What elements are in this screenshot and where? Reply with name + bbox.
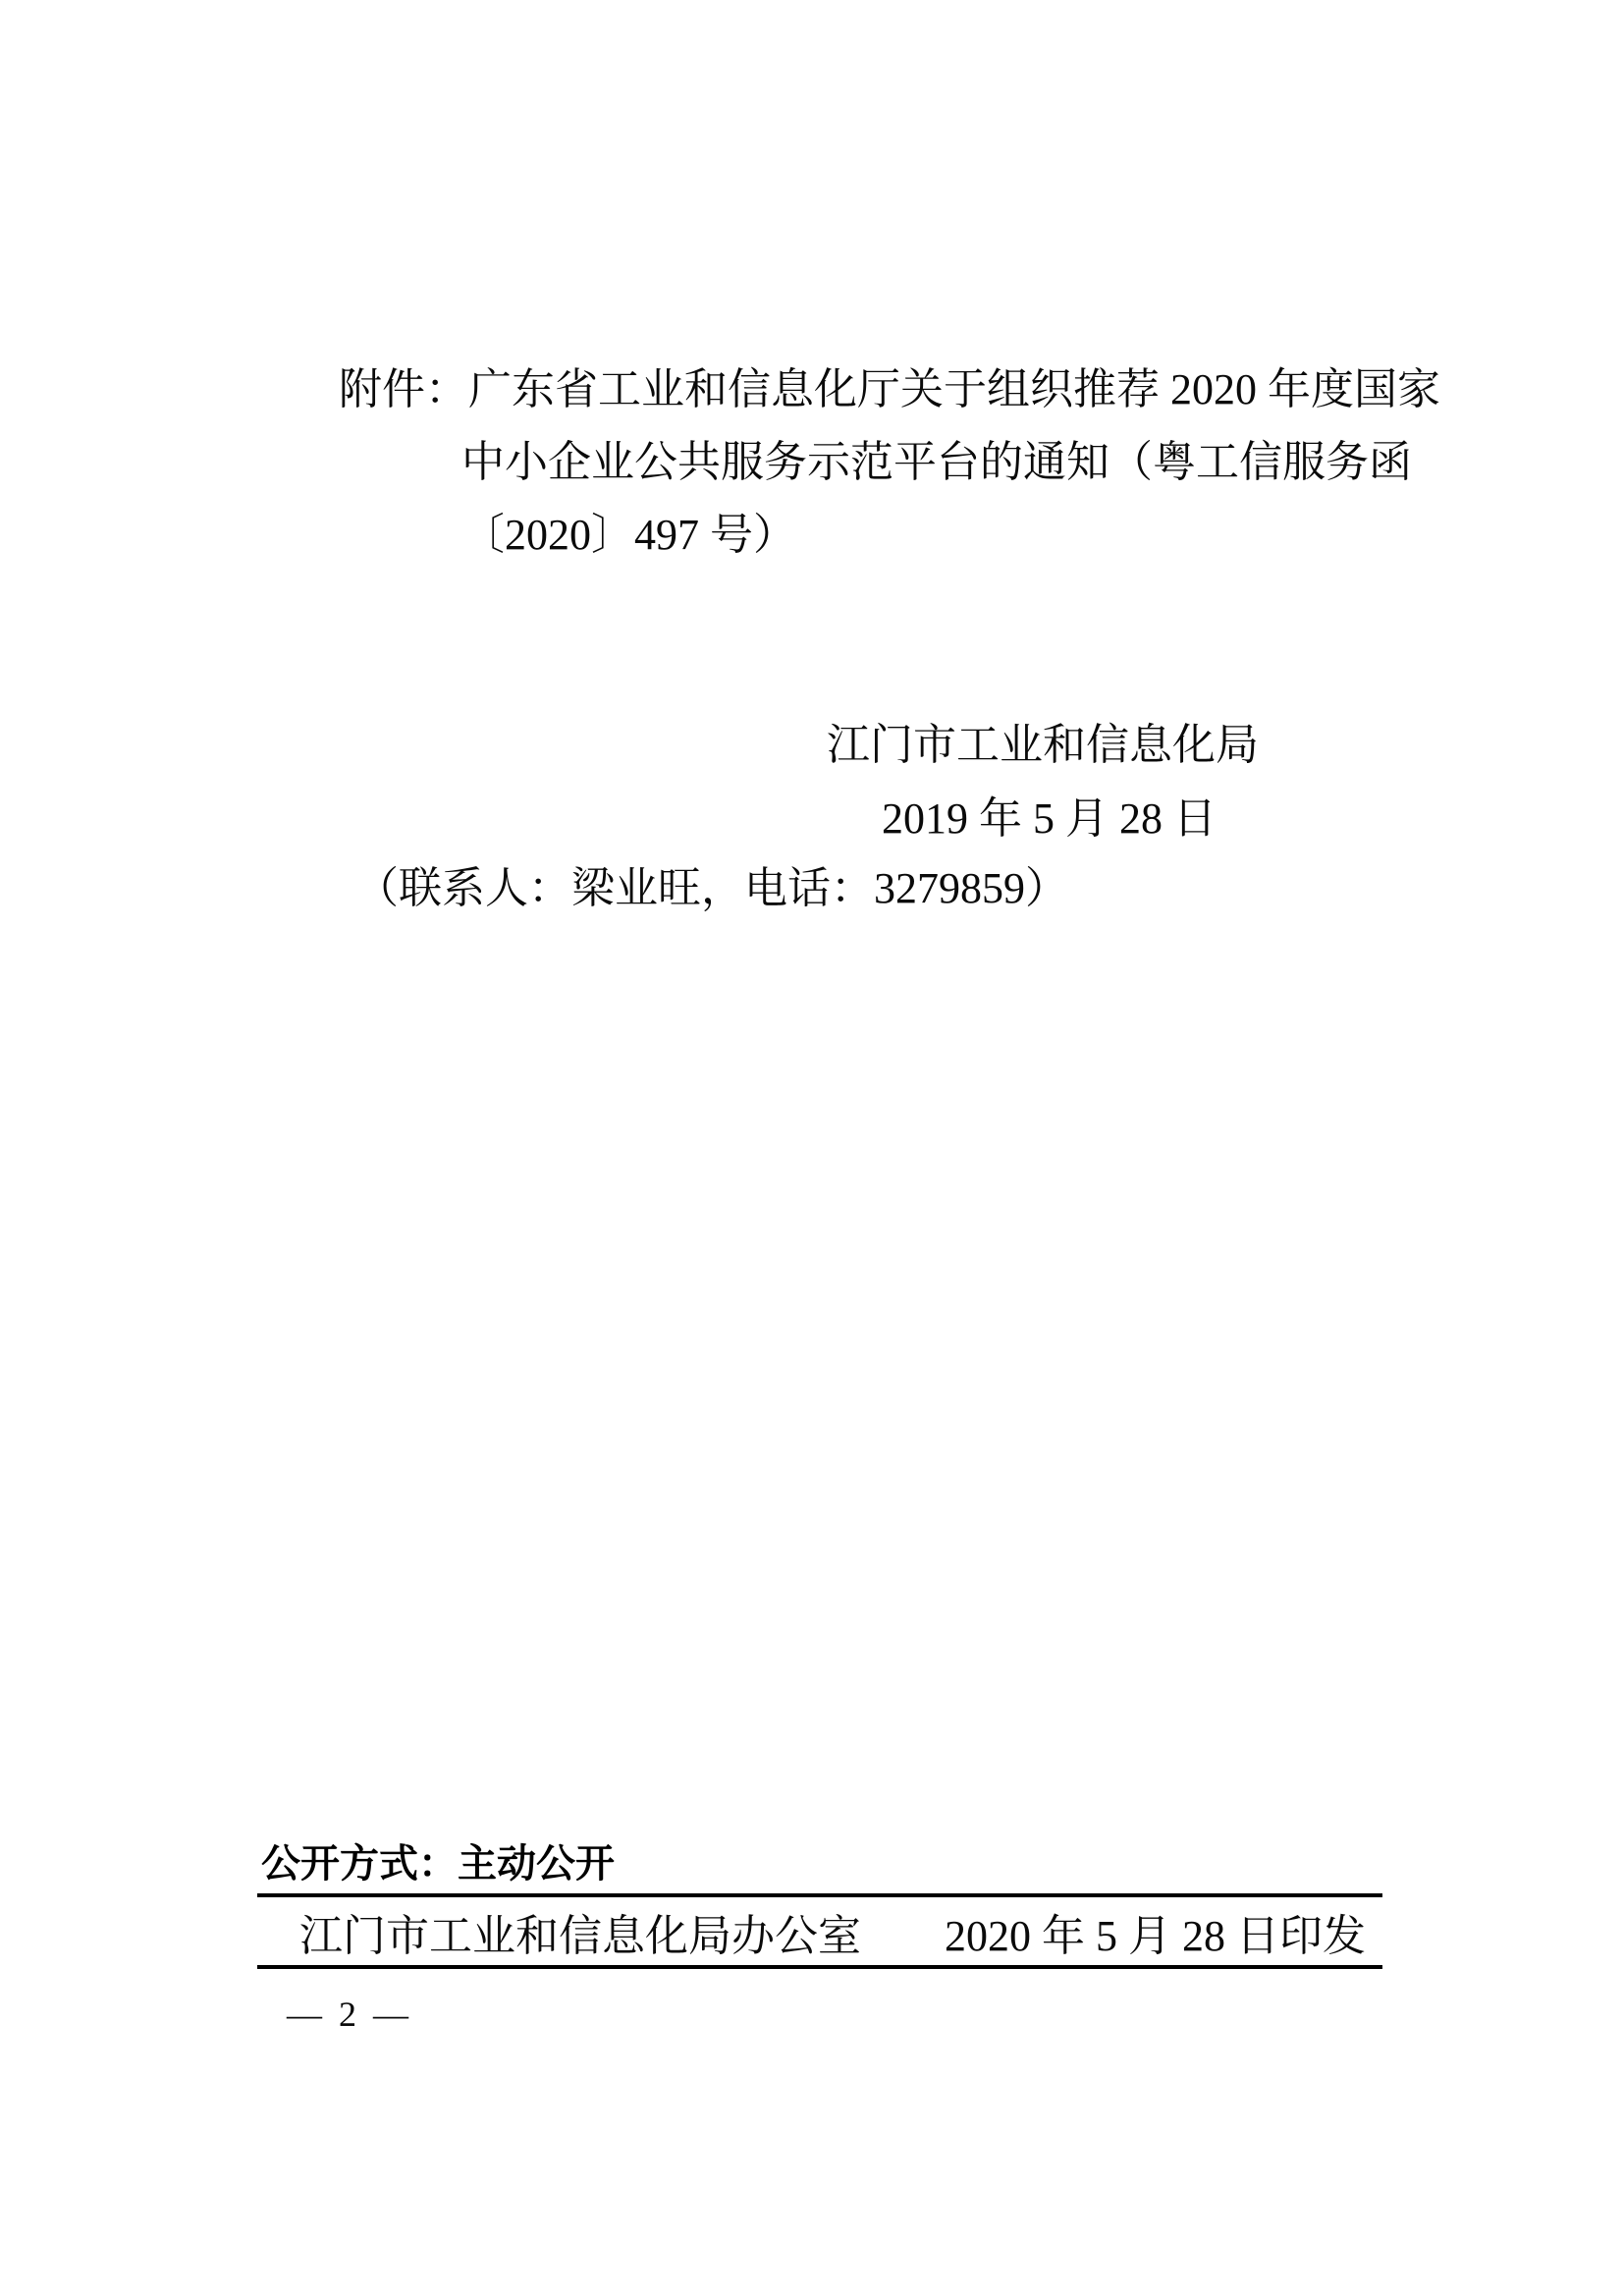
attachment-line-2: 中小企业公共服务示范平台的通知（粤工信服务函 [461,426,1440,499]
footer-bottom-rule [257,1965,1382,1969]
footer-top-rule [257,1893,1382,1897]
attachment-block: 附件：广东省工业和信息化厅关于组织推荐 2020 年度国家 中小企业公共服务示范… [339,354,1440,572]
signature-date: 2019 年 5 月 28 日 [882,783,1217,855]
attachment-line-1: 附件：广东省工业和信息化厅关于组织推荐 2020 年度国家 [339,354,1440,426]
document-page: 附件：广东省工业和信息化厅关于组织推荐 2020 年度国家 中小企业公共服务示范… [0,0,1623,2296]
issuing-office: 江门市工业和信息化局办公室 [299,1900,861,1973]
disclosure-method-line: 公开方式：主动公开 [261,1836,615,1891]
page-number: — 2 — [287,1990,412,2039]
attachment-line-3: 〔2020〕497 号） [461,499,1440,572]
contact-line: （联系人：梁业旺，电话：3279859） [355,852,1068,925]
print-date: 2020 年 5 月 28 日印发 [945,1900,1366,1973]
signature-organization: 江门市工业和信息化局 [827,709,1259,782]
